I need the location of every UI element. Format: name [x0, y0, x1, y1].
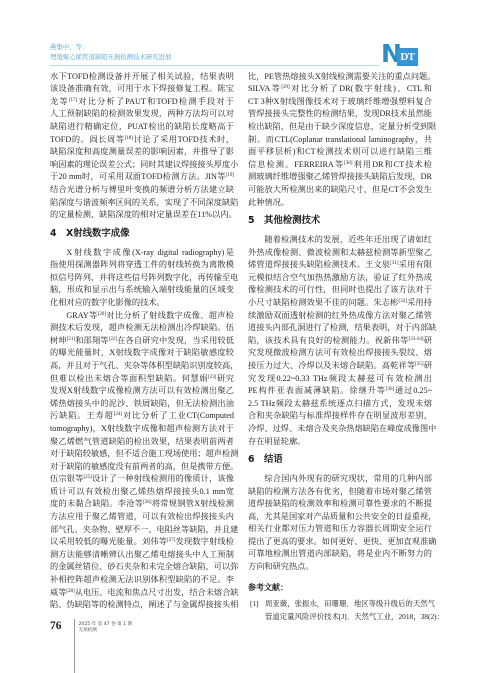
text-line: 对于缺陷的敏感度没有前两者的高，但是携带方便。 [50, 461, 234, 474]
ndt-logo: N DT [381, 44, 419, 66]
text-line: 质计可以有效检出聚乙烯热熔焊接接头0.1 mm宽 [50, 486, 234, 499]
text-line: 检出缺陷，但是由于缺少深度信息，定量分析受到限 [248, 121, 432, 134]
text-line: SILVA等[29]对比分析了DR(数字射线)、CTL和 [248, 83, 432, 96]
text-line: 比，PE管热熔接头X射线检测需要关注的重点问题。 [248, 71, 432, 84]
text-line: 相关行业都对压力管道和压力容器长周期安全运行 [248, 523, 432, 536]
text-segment: 对比分析了PAUT和TOFD检测手段对于 [77, 97, 234, 106]
text-segment: 小尺寸缺陷检测效果不佳的问题。朱志彬 [248, 298, 399, 307]
text-segment: GRAY等 [66, 311, 97, 320]
text-line: 缺陷的检测方法各有优劣，但随着市场对聚乙烯管 [248, 486, 432, 499]
text-line: 该设备准确有效，可用于水下焊接修复工程。陈宝 [50, 83, 234, 96]
text-segment: 于20 mm时，可采用双面TOFD检测方法。JIN等 [50, 172, 226, 181]
citation: [30] [344, 161, 352, 166]
text-segment: 议采用较低的曝光能量。刘伟等 [50, 537, 167, 546]
header-divider [50, 65, 380, 66]
text-line: 烯热熔接头中的泥沙、铁屑缺陷，但无法检测出油 [50, 398, 234, 411]
footer-divider [74, 619, 75, 673]
text-line: 污缺陷。王寿超[24]对比分析了工业CT(Computed [50, 410, 234, 423]
text-segment: PE构件亚表面减薄缺陷。徐继升等 [248, 386, 386, 395]
citation: [18] [125, 135, 133, 140]
text-segment: 度的未黏合缺陷。李沧等 [50, 499, 143, 508]
text-line: 小尺寸缺陷检测效果不佳的问题。朱志彬[32]采用持 [248, 297, 432, 310]
text-segment: 利用DR和CT技术检 [353, 160, 432, 169]
text-line: 道焊接缺陷的检测效率和检测可靠性要求的不断提 [248, 498, 432, 511]
citation: [28] [66, 588, 74, 593]
section-heading-6: 6结语 [248, 448, 432, 473]
text-segment: 研究 [216, 374, 234, 383]
text-line: 聚乙烯燃气管道缺陷的检出效果，结果表明前两者 [50, 436, 234, 449]
paragraph: 综合国内外现有的研究现状，常用的几种内部 缺陷的检测方法各有优劣，但随着市场对聚… [248, 473, 432, 574]
text-line: 陷，该技术具有良好的检测能力。祝新伟等[33-34]研 [248, 335, 432, 348]
citation: [32] [399, 299, 407, 304]
text-segment: 通过0.25~ [394, 386, 432, 395]
text-segment: 将常规钢管X射线检测 [152, 499, 234, 508]
text-segment: 研 [424, 361, 432, 370]
text-line: 化相对应的数字化影像的技术。 [50, 297, 234, 310]
paragraph: 比，PE管热熔接头X射线检测需要关注的重点问题。 SILVA等[29]对比分析了… [248, 71, 432, 210]
text-line: TOFD的。阎长周等[18]讨论了采用TOFD技术时， [50, 134, 234, 147]
journal-name: 无损检测 [79, 628, 97, 634]
citation: [22] [109, 337, 117, 342]
text-line: 像检测技术的可行性，但同时也提出了该方法对于 [248, 284, 432, 297]
logo-dt-box: DT [397, 48, 418, 66]
text-line: tomography)，X射线数字成像和超声检测方法对于 [50, 423, 234, 436]
text-segment: 接压力过大、冷焊以及未熔合缺陷。高乾祥等 [248, 361, 415, 370]
citation: [20] [98, 311, 106, 316]
paragraph: 水下TOFD检测设备并开展了相关试验，结果表明 该设备准确有效，可用于水下焊接修… [50, 71, 234, 222]
citation: [24] [114, 412, 122, 417]
text-line: 陷深度与谐波频率区间的关系，实现了不同深度缺陷 [50, 197, 234, 210]
text-segment: 对比分析了DR(数字射线)、CTL和 [290, 84, 432, 93]
text-segment: 对比分析了工业CT(Computed [122, 411, 234, 420]
text-line: CT 3种X射线图像技术对于玻璃纤维增强塑料复合 [248, 96, 432, 109]
text-line: 管焊接接头完整性的检测结果，发现DR技术虽然能 [248, 108, 432, 121]
text-line: 但难以检出未熔合等面积型缺陷。何慧娟[23]研究 [50, 373, 234, 386]
text-segment: TOFD的。阎长周等 [50, 135, 125, 144]
text-segment: 采用持 [407, 298, 432, 307]
text-segment: 设计了一种射线检测用的像质计，该像 [92, 474, 234, 483]
text-line: 测玻璃纤维增强聚乙烯管焊接接头缺陷后发现，DR [248, 171, 432, 184]
section-number: 4 [50, 222, 66, 247]
text-line: 元模拟结合空气加热热激励方法，验证了红外热成 [248, 272, 432, 285]
text-line: PE构件亚表面减薄缺陷。徐继升等[36]通过0.25~ [248, 385, 432, 398]
text-line: 制。而CTL(Coplanar translational laminograp… [248, 134, 432, 147]
citation: [31] [390, 261, 398, 266]
running-header-title: 埋地聚乙烯管道缺陷无损检测技术研究进展 [50, 53, 171, 61]
text-segment: 威等 [50, 588, 66, 597]
reference-line: 周亚薇，张振永，田珊珊．地区等级升级后的天然气 [265, 598, 432, 610]
text-line: 部气孔、夹杂物、壁厚不一、电阻丝等缺陷，并且建 [50, 524, 234, 537]
text-line: 发现X射线数字成像检测方法可以有效检测出聚乙 [50, 385, 234, 398]
text-line: 2.5 THz频段太赫兹系统逐点扫描方式，发现未熔 [248, 398, 432, 411]
section-title: 结语 [264, 454, 283, 465]
text-line: 可能放大所检测出来的缺陷尺寸，但是CT不会发生 [248, 184, 432, 197]
citation: [19] [226, 173, 234, 178]
text-segment: 树坤 [50, 336, 67, 345]
citation: [25] [83, 475, 91, 480]
text-segment: 采用有限 [399, 260, 432, 269]
text-line: X射线数字成像(X-ray digital radiography)是 [50, 247, 234, 260]
text-line: 合和夹杂缺陷与标准焊接样件存在明显波形差别， [248, 410, 432, 423]
text-segment: 在各自研究中发现，当采用较低 [117, 336, 234, 345]
text-segment: SILVA等 [248, 84, 281, 93]
section-title: 其他检测技术 [264, 215, 320, 226]
text-line: 指使用探测器阵列将穿透工件的射线转换为离散模 [50, 259, 234, 272]
text-segment: 龙等 [50, 97, 69, 106]
section-number: 5 [248, 209, 264, 234]
text-line: 烯管道焊接接头缺陷检测技术。王文泉[31]采用有限 [248, 259, 432, 272]
text-line: 树坤[21]和邵翔等[22]在各自研究中发现，当采用较低 [50, 335, 234, 348]
text-line: 提出了更高的要求。如何更好、更快、更加直观准确 [248, 536, 432, 549]
text-line: 对于缺陷较敏感，但不适合施工现场使用；超声检测 [50, 448, 234, 461]
text-line: 威等[28]从电压、电流和焦点尺寸出发，结合未熔合缺 [50, 587, 234, 600]
text-line: 高，尤其是国家对产品质量和公共安全的日益重视， [248, 511, 432, 524]
text-line: 方法应用于聚乙烯管道，可以有效检出焊接接头内 [50, 511, 234, 524]
page-number: 76 [50, 619, 62, 633]
citation: [35] [415, 362, 423, 367]
text-segment: 研 [424, 336, 432, 345]
text-line: 测方法能够清晰辨认出聚乙烯电熔接头中人工预制 [50, 549, 234, 562]
text-segment: 讨论了采用TOFD技术时， [133, 135, 234, 144]
text-segment: 陷，该技术具有良好的检测能力。祝新伟等 [248, 336, 409, 345]
text-line: 结合光谱分析与傅里叶变换的频谱分析方法建立缺 [50, 184, 234, 197]
paragraph: X射线数字成像(X-ray digital radiography)是 指使用探… [50, 247, 234, 310]
text-line: 续激励双面透射检测的红外热成像方法对聚乙烯管 [248, 310, 432, 323]
text-line: 陷、伪缺陷等的检测特点，阐述了与金属焊接接头相 [50, 599, 234, 612]
section-title: X射线数字成像 [66, 228, 129, 239]
text-line: 缺陷进行精确定位，PUAT检出的缺陷长度略高于 [50, 121, 234, 134]
text-line: 伍宗银等[25]设计了一种射线检测用的像质计，该像 [50, 473, 234, 486]
text-line: 补相控阵超声检测无法识别体积型缺陷的不足。李 [50, 574, 234, 587]
text-line: 随着检测技术的发展，近些年还出现了诸如红 [248, 234, 432, 247]
left-column: 水下TOFD检测设备并开展了相关试验，结果表明 该设备准确有效，可用于水下焊接修… [50, 71, 234, 612]
references-heading: 参考文献： [248, 582, 432, 595]
section-number: 6 [248, 448, 264, 473]
section-heading-4: 4X射线数字成像 [50, 222, 234, 247]
text-line: 冷焊、过焊、未熔合及夹杂热熔缺陷在峰度成像图中 [248, 423, 432, 436]
citation: [26] [143, 500, 151, 505]
text-line: 的金属丝错位、砂石夹杂和未完全熔合缺陷，可以弥 [50, 561, 234, 574]
text-line: 拟信号阵列，并将这些信号阵列数字化，再传输至电 [50, 272, 234, 285]
text-line: 究发现微波检测方法可有效检出焊接接头裂纹、熔 [248, 347, 432, 360]
text-segment: 烯管道焊接接头缺陷检测技术。王文泉 [248, 260, 390, 269]
running-header-authors: 燕集中，等： [50, 43, 88, 51]
text-segment: 但难以检出未熔合等面积型缺陷。何慧娟 [50, 374, 208, 383]
text-line: 综合国内外现有的研究现状，常用的几种内部 [248, 473, 432, 486]
text-line: 水下TOFD检测设备并开展了相关试验，结果表明 [50, 71, 234, 84]
reference-number: [1] [250, 598, 259, 610]
text-segment: 发现数字射线检 [175, 537, 234, 546]
text-segment: 对比分析了射线数字成像、超声检 [106, 311, 234, 320]
text-line: 可靠地检测出管道内部缺陷，将是业内不断努力的 [248, 548, 432, 561]
text-line: 脑，形成和显示出与系统输入端射线能量的区域变 [50, 284, 234, 297]
text-line: 于20 mm时，可采用双面TOFD检测方法。JIN等[19] [50, 171, 234, 184]
reference-line: 管道定量风险评价技术[J]．天然气工业，2018，38(2)： [265, 611, 432, 623]
paragraph: GRAY等[20]对比分析了射线数字成像、超声检 测技术后发现，超声检测无法检测… [50, 310, 234, 612]
text-line: 此种情况。 [248, 197, 432, 210]
text-line: 信息检测。FERREIRA等[30]利用DR和CT技术检 [248, 159, 432, 172]
citation: [29] [281, 85, 289, 90]
text-segment: 从电压、电流和焦点尺寸出发，结合未熔合缺 [75, 588, 239, 597]
text-line: 高，并且对于气孔、夹杂等体积型缺陷识别度较高， [50, 360, 234, 373]
reference-item: [1] 周亚薇，张振永，田珊珊．地区等级升级后的天然气 管道定量风险评价技术[J… [248, 598, 432, 623]
citation: [36] [386, 387, 394, 392]
text-line: 外热成像检测、微波检测和太赫兹检测等新型聚乙 [248, 247, 432, 260]
citation: [21] [67, 337, 75, 342]
text-line: 度的未黏合缺陷。李沧等[26]将常规钢管X射线检测 [50, 498, 234, 511]
text-line: 人工预制缺陷的检测效果发现，两种方法均可以对 [50, 108, 234, 121]
text-line: GRAY等[20]对比分析了射线数字成像、超声检 [50, 310, 234, 323]
text-line: 议采用较低的曝光能量。刘伟等[27]发现数字射线检 [50, 536, 234, 549]
citation: [17] [69, 98, 77, 103]
text-segment: 信息检测。FERREIRA等 [248, 160, 344, 169]
text-segment: 伍宗银等 [50, 474, 83, 483]
section-heading-5: 5其他检测技术 [248, 209, 432, 234]
text-line: 响因素的理论误差公式；同时其建议焊接接头厚度小 [50, 159, 234, 172]
text-line: 方向和研究热点。 [248, 561, 432, 574]
paragraph: 随着检测技术的发展，近些年还出现了诸如红 外热成像检测、微波检测和太赫兹检测等新… [248, 234, 432, 448]
text-line: 龙等[17]对比分析了PAUT和TOFD检测手段对于 [50, 96, 234, 109]
text-line: 接压力过大、冷焊以及未熔合缺陷。高乾祥等[35]研 [248, 360, 432, 373]
text-line: 究发现0.22~0.33 THz频段太赫兹可有效检测出 [248, 373, 432, 386]
text-line: 面平移层析)和CT检测技术则可以进行缺陷三维 [248, 146, 432, 159]
text-line: 测技术后发现，超声检测无法检测出冷焊缺陷。伍 [50, 322, 234, 335]
text-line: 存在明显轮廓。 [248, 436, 432, 449]
text-line: 缺陷深度和高度测量误差的影响因素，并推导了影 [50, 146, 234, 159]
text-segment: 污缺陷。王寿超 [50, 411, 114, 420]
citation: [33-34] [409, 337, 424, 342]
text-line: 的定量检测，缺陷深度的相对定量误差在11%以内。 [50, 209, 234, 222]
text-line: 的曝光能量时，X射线数字成像对于缺陷敏感度较 [50, 347, 234, 360]
text-line: 道接头内部孔洞进行了检测，结果表明，对于内部缺 [248, 322, 432, 335]
text-segment: 和邵翔等 [75, 336, 109, 345]
right-column: 比，PE管热熔接头X射线检测需要关注的重点问题。 SILVA等[29]对比分析了… [248, 71, 432, 623]
